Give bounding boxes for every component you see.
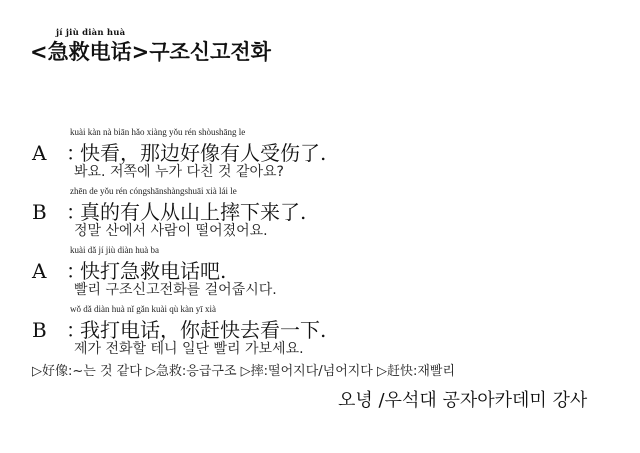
pinyin-line-3: kuài dǎ jí jiù diàn huà ba bbox=[70, 245, 159, 255]
vocabulary-notes: ▷好像:~는 것 같다 ▷急救:응급구조 ▷摔:떨어지다/넘어지다 ▷赶快:재빨… bbox=[32, 360, 455, 379]
korean-translation-3: 빨리 구조신고전화를 걸어줍시다. bbox=[74, 279, 277, 299]
speaker-label: A bbox=[32, 141, 66, 165]
korean-translation-1: 봐요. 저쪽에 누가 다친 것 같아요? bbox=[74, 161, 284, 181]
page-title: <急救电话>구조신고전화 bbox=[30, 36, 271, 66]
pinyin-line-2: zhēn de yǒu rén cóngshānshàngshuāi xià l… bbox=[70, 186, 237, 196]
author-credit: 오녕 /우석대 공자아카데미 강사 bbox=[338, 386, 587, 412]
korean-translation-4: 제가 전화할 테니 일단 빨리 가보세요. bbox=[74, 338, 304, 358]
pinyin-line-1: kuài kàn nà biān hǎo xiàng yǒu rén shòus… bbox=[70, 127, 245, 137]
korean-translation-2: 정말 산에서 사람이 떨어졌어요. bbox=[74, 220, 268, 240]
speaker-label: A bbox=[32, 259, 66, 283]
speaker-label: B bbox=[32, 318, 66, 342]
pinyin-line-4: wǒ dǎ diàn huà nǐ gǎn kuài qù kàn yī xià bbox=[70, 304, 216, 314]
speaker-label: B bbox=[32, 200, 66, 224]
